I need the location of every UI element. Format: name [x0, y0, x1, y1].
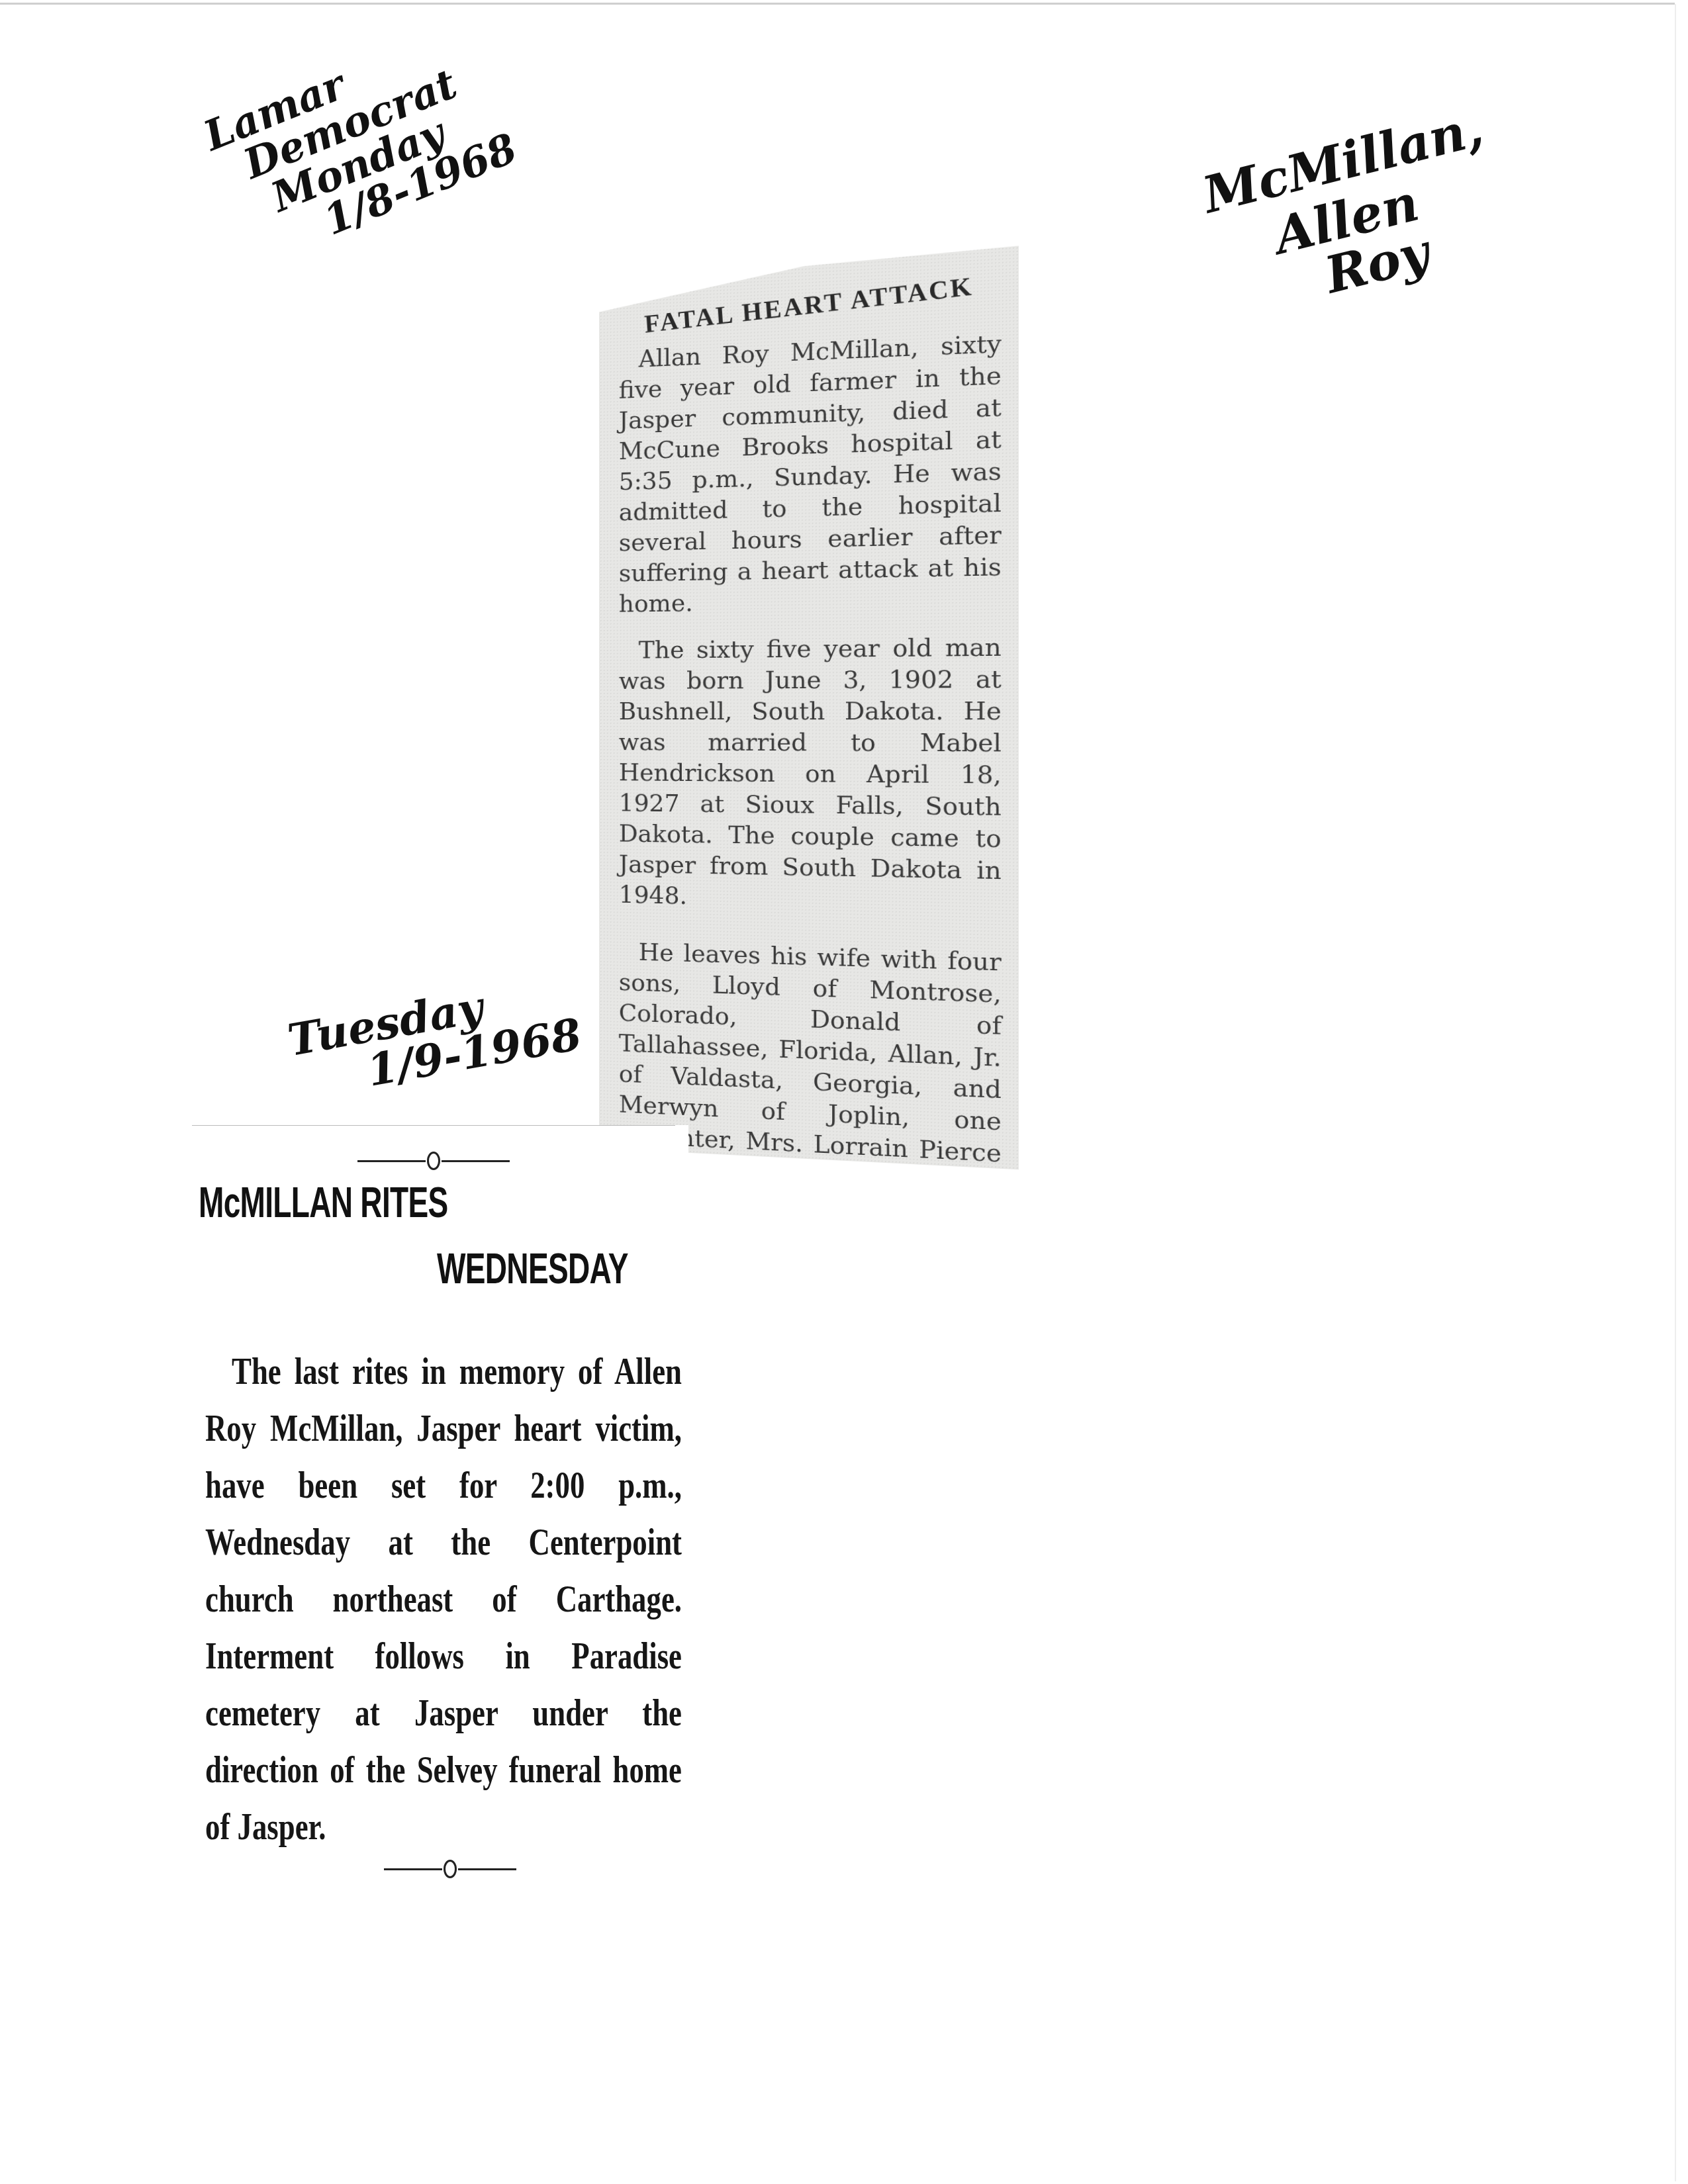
- handwritten-date-note: Tuesday 1/9-1968: [285, 969, 585, 1105]
- clipping-edge: [192, 1125, 675, 1126]
- clipping-paragraph: The sixty five year old man was born Jun…: [619, 632, 1002, 919]
- clipping-headline-line-1: McMILLAN RITES: [199, 1178, 447, 1227]
- clipping-headline-line-2: WEDNESDAY: [437, 1244, 628, 1293]
- end-ornament: [731, 1230, 882, 1259]
- top-ornament: [357, 1152, 510, 1170]
- newspaper-clipping-mcmillan-rites: McMILLAN RITES WEDNESDAY The last rites …: [192, 1125, 688, 1919]
- clipping-body: The last rites in memory of Allen Roy Mc…: [205, 1343, 682, 1856]
- handwritten-source-note: Lamar Democrat Monday 1/8-1968: [199, 13, 522, 271]
- end-ornament: [384, 1860, 516, 1878]
- page-edge: [0, 3, 1675, 5]
- handwritten-name-note: McMillan, Allen Roy: [1198, 103, 1514, 324]
- clipping-paragraph: Allan Roy McMillan, sixty five year old …: [619, 328, 1002, 619]
- page-edge: [1675, 4, 1676, 2181]
- newspaper-clipping-fatal-heart-attack: FATAL HEART ATTACK Allan Roy McMillan, s…: [599, 246, 1019, 1169]
